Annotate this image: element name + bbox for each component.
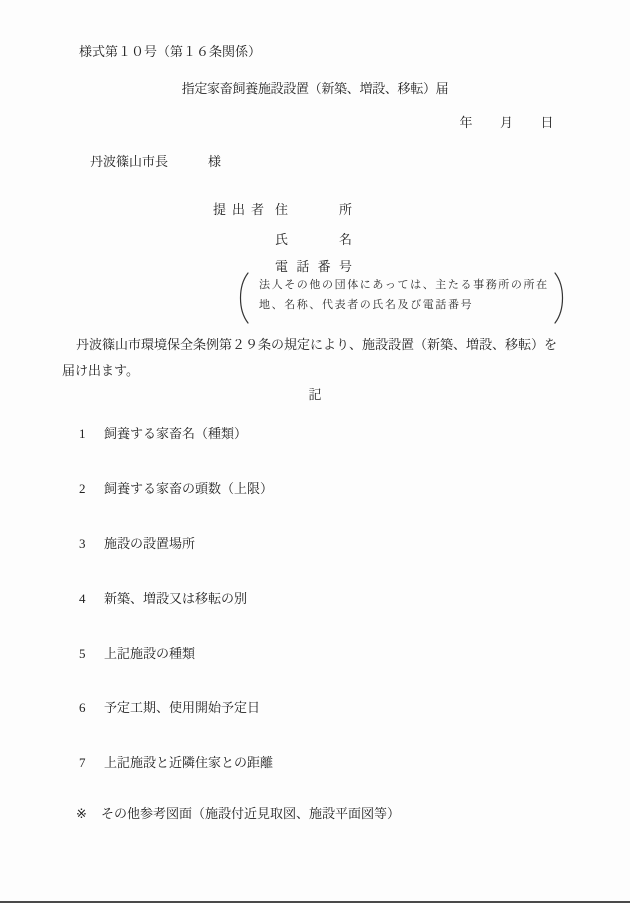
item-label: 飼養する家畜の頭数（上限） [104, 481, 273, 496]
list-item: 6予定工期、使用開始予定日 [79, 697, 260, 716]
section-marker: 記 [0, 384, 630, 403]
item-label: 上記施設の種類 [104, 646, 195, 661]
list-item: 2飼養する家畜の頭数（上限） [79, 478, 273, 497]
legal-note-line-1: 法人その他の団体にあっては、主たる事務所の所在 [259, 276, 549, 292]
document-page: 様式第１０号（第１６条関係） 指定家畜飼養施設設置（新築、増設、移転）届 年 月… [0, 0, 630, 903]
body-paragraph: 丹波篠山市環境保全条例第２９条の規定により、施設設置（新築、増設、移転）を届け出… [62, 332, 568, 384]
item-number: 1 [79, 426, 104, 442]
list-item: 3施設の設置場所 [79, 533, 195, 552]
list-item: 5上記施設の種類 [79, 643, 195, 662]
submitter-name-field-label: 氏名 [275, 229, 352, 248]
list-item: 7上記施設と近隣住家との距離 [79, 752, 273, 771]
addressee: 丹波篠山市長様 [90, 151, 221, 170]
submitter-address-field-label: 住所 [275, 199, 352, 218]
item-label: 飼養する家畜名（種類） [104, 426, 247, 441]
left-parenthesis-icon [234, 271, 252, 325]
right-parenthesis-icon [551, 271, 569, 325]
item-number: 3 [79, 536, 104, 552]
date-line: 年 月 日 [459, 112, 554, 131]
item-label: 新築、増設又は移転の別 [104, 591, 247, 606]
submitter-label: 提出者 [213, 199, 270, 218]
item-number: 6 [79, 700, 104, 716]
item-label: 施設の設置場所 [104, 536, 195, 551]
item-number: 5 [79, 646, 104, 662]
document-title: 指定家畜飼養施設設置（新築、増設、移転）届 [0, 78, 630, 97]
list-item: 1飼養する家畜名（種類） [79, 423, 247, 442]
item-label: 予定工期、使用開始予定日 [104, 700, 260, 715]
form-number: 様式第１０号（第１６条関係） [79, 41, 261, 60]
list-item: 4新築、増設又は移転の別 [79, 588, 247, 607]
item-number: 7 [79, 755, 104, 771]
item-label: その他参考図面（施設付近見取図、施設平面図等） [101, 806, 400, 821]
item-number: 2 [79, 481, 104, 497]
submitter-phone-field-label: 電話番号 [275, 256, 352, 275]
list-item: ※その他参考図面（施設付近見取図、施設平面図等） [76, 803, 400, 822]
item-number: ※ [76, 806, 101, 822]
legal-note-line-2: 地、名称、代表者の氏名及び電話番号 [259, 296, 473, 312]
addressee-name: 丹波篠山市長 [90, 154, 168, 169]
addressee-honorific: 様 [208, 154, 221, 169]
item-number: 4 [79, 591, 104, 607]
item-label: 上記施設と近隣住家との距離 [104, 755, 273, 770]
